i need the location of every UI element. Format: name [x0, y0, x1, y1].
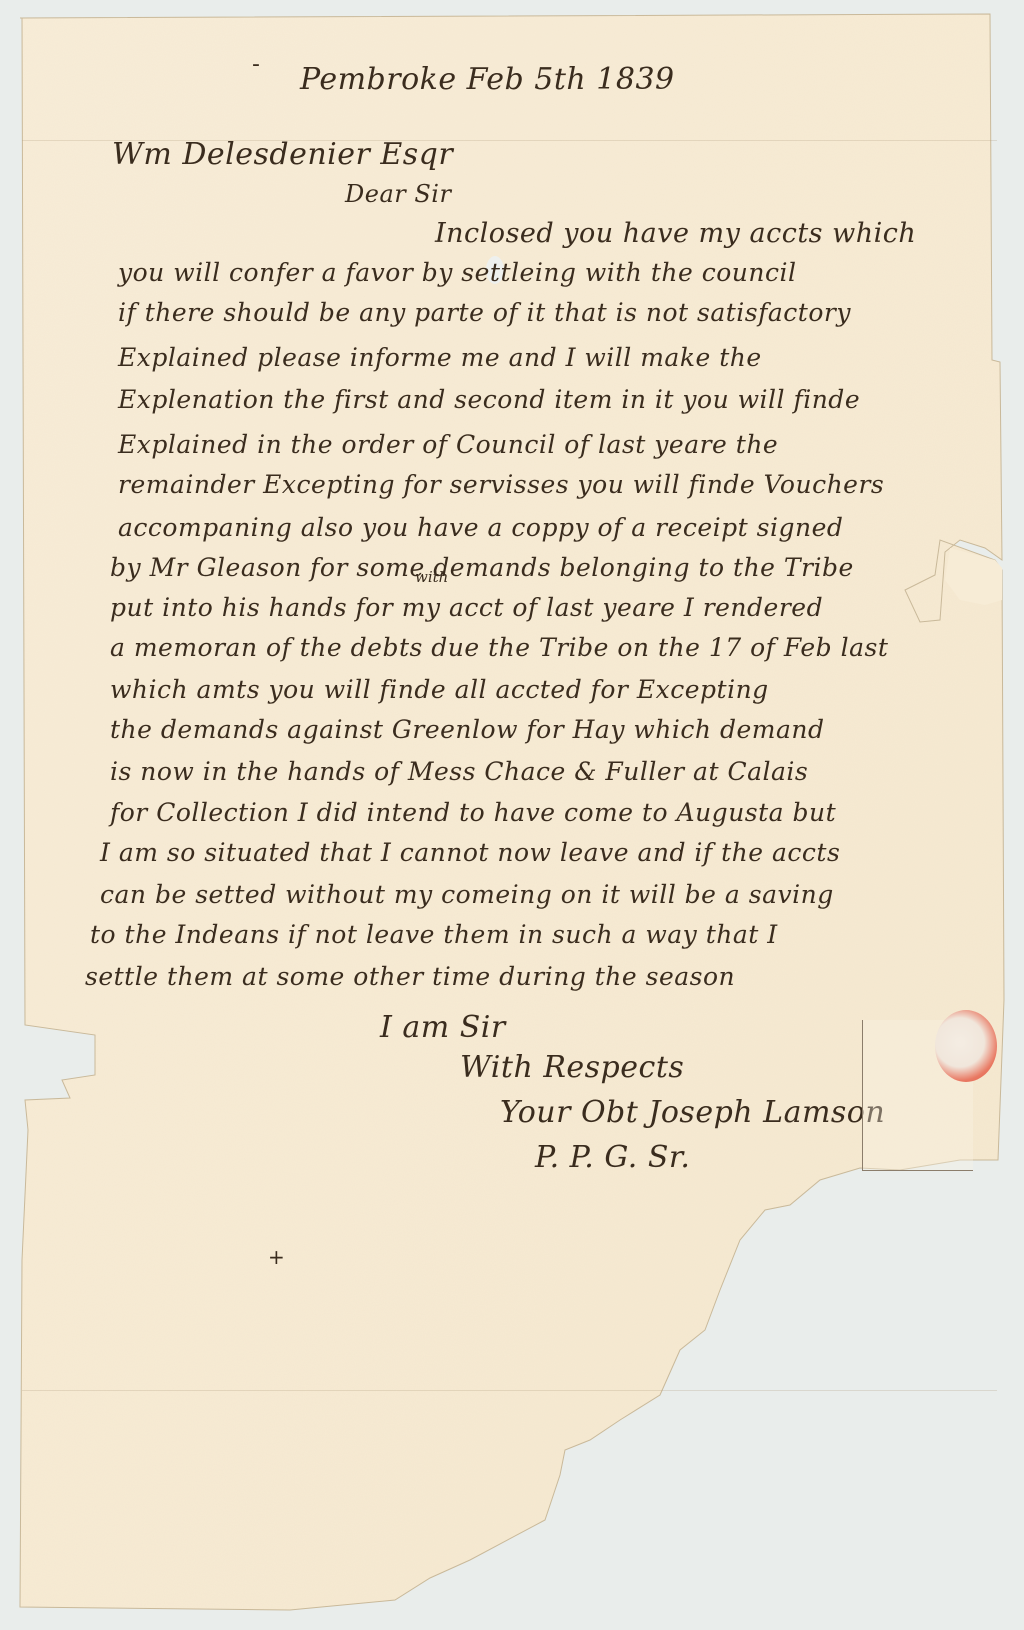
body-line: by Mr Gleason for some demands belonging… — [110, 553, 854, 582]
body-line: for Collection I did intend to have come… — [110, 798, 836, 827]
body-line: Explenation the first and second item in… — [118, 385, 860, 414]
body-line: Inclosed you have my accts which — [435, 218, 916, 249]
body-line: you will confer a favor by settleing wit… — [118, 258, 797, 287]
salutation: Dear Sir — [345, 180, 451, 208]
closing-line: I am Sir — [380, 1010, 506, 1045]
body-line: I am so situated that I cannot now leave… — [100, 838, 840, 867]
fold-mark-icon: + — [268, 1245, 285, 1269]
document-scan: - Pembroke Feb 5th 1839 Wm Delesdenier E… — [0, 0, 1024, 1630]
body-line: the demands against Greenlow for Hay whi… — [110, 715, 824, 744]
place-date: Pembroke Feb 5th 1839 — [300, 62, 675, 97]
body-line: can be setted without my comeing on it w… — [100, 880, 834, 909]
body-line: Explained please informe me and I will m… — [118, 343, 762, 372]
closing-line: With Respects — [460, 1050, 684, 1085]
signature: Your Obt Joseph Lamson — [500, 1095, 885, 1130]
body-line: a memoran of the debts due the Tribe on … — [110, 633, 888, 662]
body-line: if there should be any parte of it that … — [118, 298, 851, 327]
addressee: Wm Delesdenier Esqr — [112, 137, 453, 172]
body-line: Explained in the order of Council of las… — [118, 430, 778, 459]
body-line: settle them at some other time during th… — [85, 962, 735, 991]
body-line: to the Indeans if not leave them in such… — [90, 920, 778, 949]
body-line: which amts you will finde all accted for… — [110, 675, 769, 704]
body-line: remainder Excepting for servisses you wi… — [118, 470, 884, 499]
body-line: put into his hands for my acct of last y… — [110, 593, 823, 622]
fold-line — [22, 1390, 997, 1391]
body-line: accompaning also you have a coppy of a r… — [118, 513, 843, 542]
body-line: is now in the hands of Mess Chace & Full… — [110, 757, 808, 786]
ink-mark-icon: - — [252, 52, 260, 77]
signature-title: P. P. G. Sr. — [535, 1140, 690, 1175]
wax-seal-icon — [935, 1010, 997, 1082]
interlinear-insert: with — [415, 568, 448, 586]
